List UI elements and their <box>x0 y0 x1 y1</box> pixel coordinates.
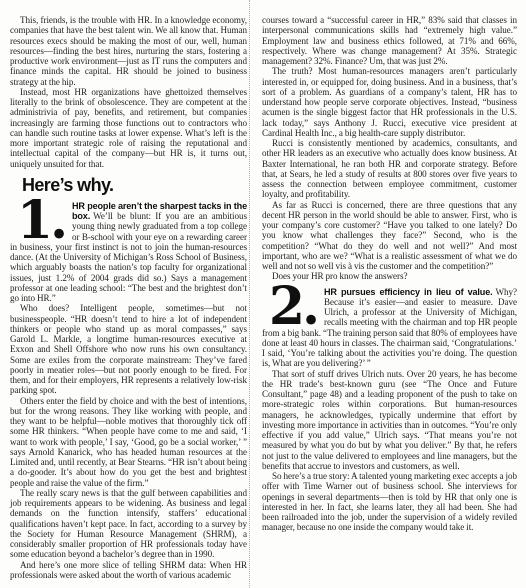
section-1-opening-paragraph: 1.HR people aren’t the sharpest tacks in… <box>10 201 247 304</box>
section-2-number: 2. <box>262 287 324 328</box>
section-heading: Here’s why. <box>22 175 247 196</box>
section-2: 2.HR pursues efficiency in lieu of value… <box>262 287 517 533</box>
paragraph: The truth? Most human-resources managers… <box>262 66 517 138</box>
paragraph: That sort of stuff drives Ulrich nuts. O… <box>262 369 517 472</box>
paragraph: The really scary news is that the gulf b… <box>10 488 247 560</box>
paragraph: As far as Rucci is concerned, there are … <box>262 200 517 272</box>
paragraph: Instead, most HR organizations have ghet… <box>10 87 247 169</box>
continuation-paragraph: courses toward a “successful career in H… <box>262 15 517 66</box>
paragraph: And here’s one more slice of telling SHR… <box>10 560 247 581</box>
paragraph: This, friends, is the trouble with HR. I… <box>10 15 247 87</box>
left-column: This, friends, is the trouble with HR. I… <box>0 0 249 588</box>
paragraph: Others enter the field by choice and wit… <box>10 396 247 488</box>
paragraph: Who does? Intelligent people, sometimes—… <box>10 303 247 395</box>
paragraph: So here’s a true story: A talented young… <box>262 471 517 533</box>
section-1: 1.HR people aren’t the sharpest tacks in… <box>10 201 247 580</box>
article-page: This, friends, is the trouble with HR. I… <box>0 0 526 588</box>
section-2-opening-paragraph: 2.HR pursues efficiency in lieu of value… <box>262 287 517 369</box>
paragraph: Rucci is consistently mentioned by acade… <box>262 138 517 200</box>
paragraph: Does your HR pro know the answers? <box>262 271 517 281</box>
right-column: courses toward a “successful career in H… <box>250 0 526 588</box>
section-2-lead: HR pursues efficiency in lieu of value. <box>324 287 492 297</box>
section-1-number: 1. <box>10 201 72 242</box>
